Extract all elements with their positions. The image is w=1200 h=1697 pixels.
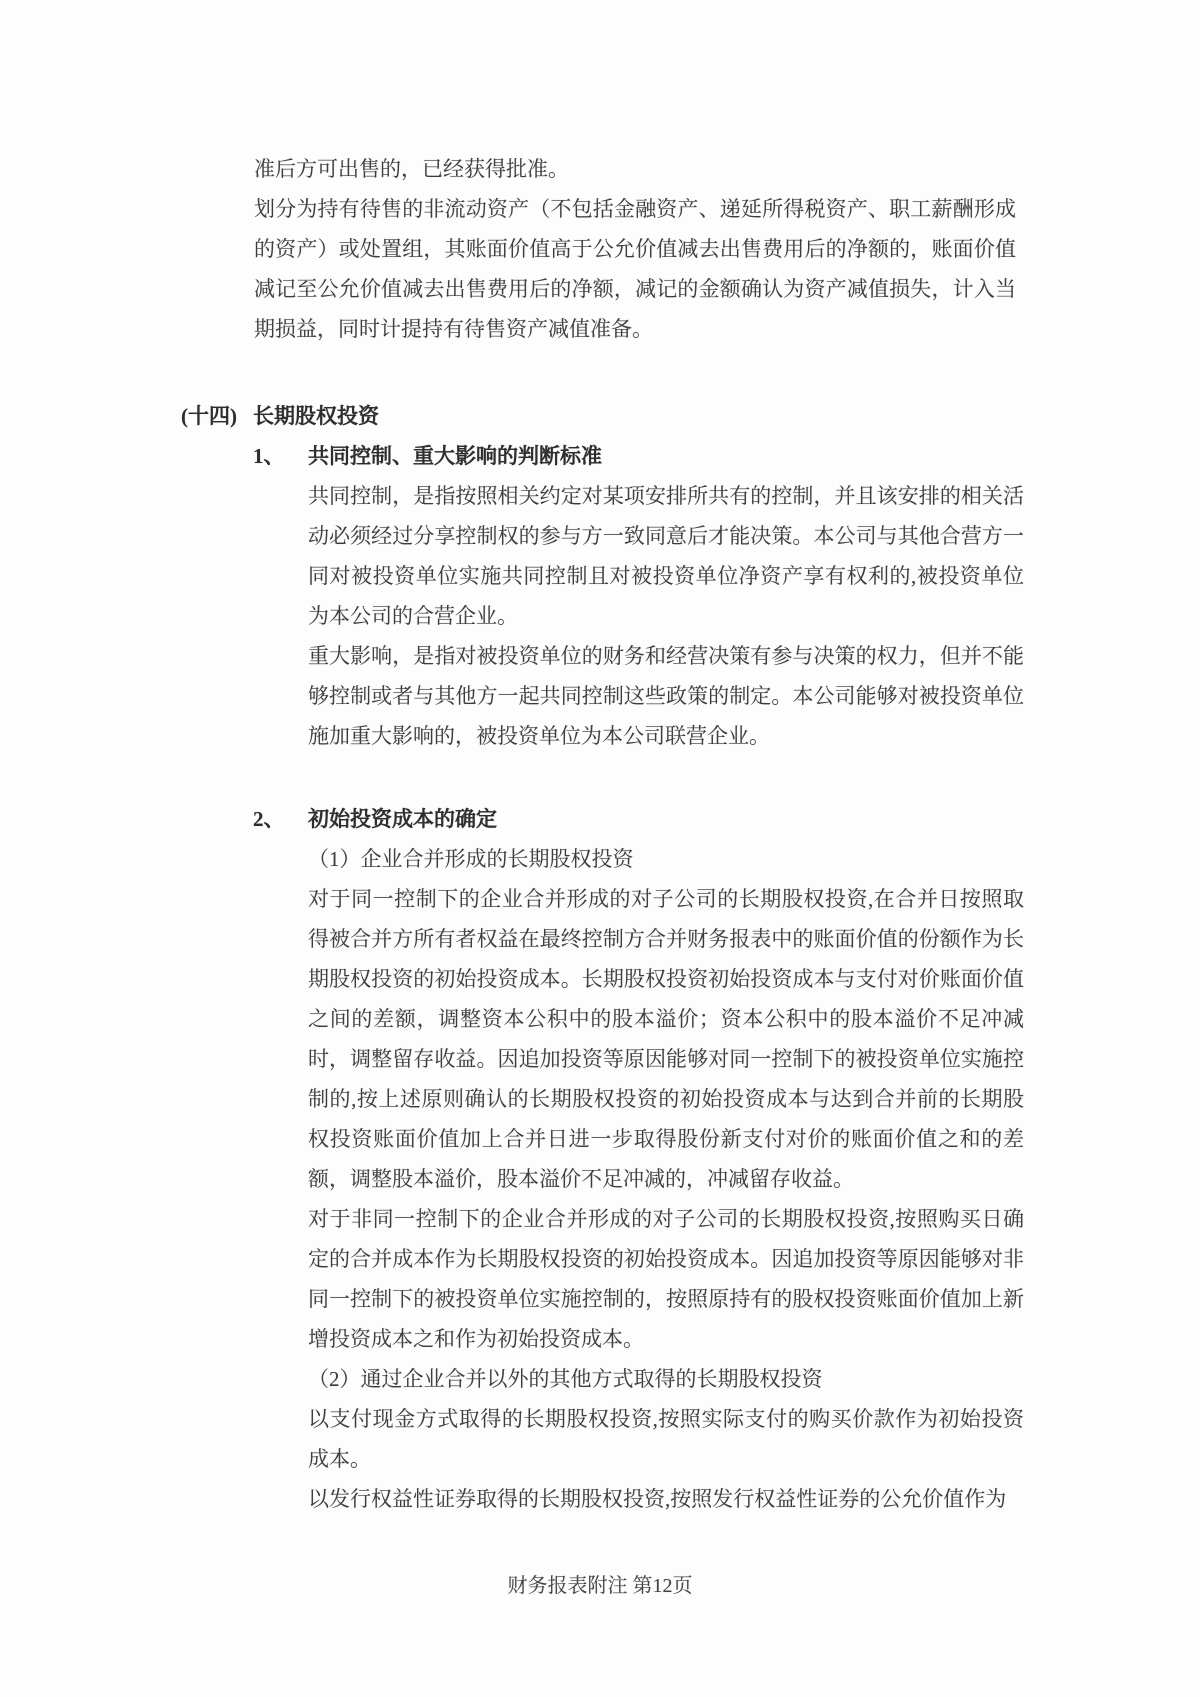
body-paragraph: （2）通过企业合并以外的其他方式取得的长期股权投资: [308, 1359, 1024, 1399]
page-footer: 财务报表附注 第12页: [0, 1566, 1200, 1606]
body-paragraph: 对于非同一控制下的企业合并形成的对子公司的长期股权投资,按照购买日确定的合并成本…: [308, 1199, 1024, 1359]
intro-paragraph-2: 划分为持有待售的非流动资产（不包括金融资产、递延所得税资产、职工薪酬形成的资产）…: [254, 189, 1016, 349]
item-2-heading: 初始投资成本的确定: [308, 807, 497, 831]
body-paragraph: 重大影响，是指对被投资单位的财务和经营决策有参与决策的权力，但并不能够控制或者与…: [308, 636, 1024, 756]
body-paragraph: 以发行权益性证券取得的长期股权投资,按照发行权益性证券的公允价值作为: [308, 1479, 1024, 1519]
item-1-body: 共同控制，是指按照相关约定对某项安排所共有的控制，并且该安排的相关活动必须经过分…: [308, 476, 1024, 756]
intro-paragraph-1: 准后方可出售的，已经获得批准。: [254, 149, 1016, 189]
item-1-heading-row: 1、共同控制、重大影响的判断标准: [253, 436, 1200, 476]
body-paragraph: 以支付现金方式取得的长期股权投资,按照实际支付的购买价款作为初始投资成本。: [308, 1399, 1024, 1479]
item-2-number: 2、: [253, 799, 308, 839]
body-paragraph: 共同控制，是指按照相关约定对某项安排所共有的控制，并且该安排的相关活动必须经过分…: [308, 476, 1024, 636]
item-2-heading-row: 2、初始投资成本的确定: [253, 799, 1200, 839]
section-heading: (十四)长期股权投资: [181, 396, 1200, 436]
item-1-heading: 共同控制、重大影响的判断标准: [308, 444, 602, 468]
section-title: 长期股权投资: [253, 404, 379, 428]
body-paragraph: 对于同一控制下的企业合并形成的对子公司的长期股权投资,在合并日按照取得被合并方所…: [308, 879, 1024, 1199]
body-paragraph: （1）企业合并形成的长期股权投资: [308, 839, 1024, 879]
item-1-number: 1、: [253, 436, 308, 476]
section-number-label: (十四): [181, 396, 253, 436]
item-2-body: （1）企业合并形成的长期股权投资 对于同一控制下的企业合并形成的对子公司的长期股…: [308, 839, 1024, 1519]
intro-block: 准后方可出售的，已经获得批准。 划分为持有待售的非流动资产（不包括金融资产、递延…: [254, 149, 1016, 349]
document-page: 准后方可出售的，已经获得批准。 划分为持有待售的非流动资产（不包括金融资产、递延…: [0, 0, 1200, 1697]
